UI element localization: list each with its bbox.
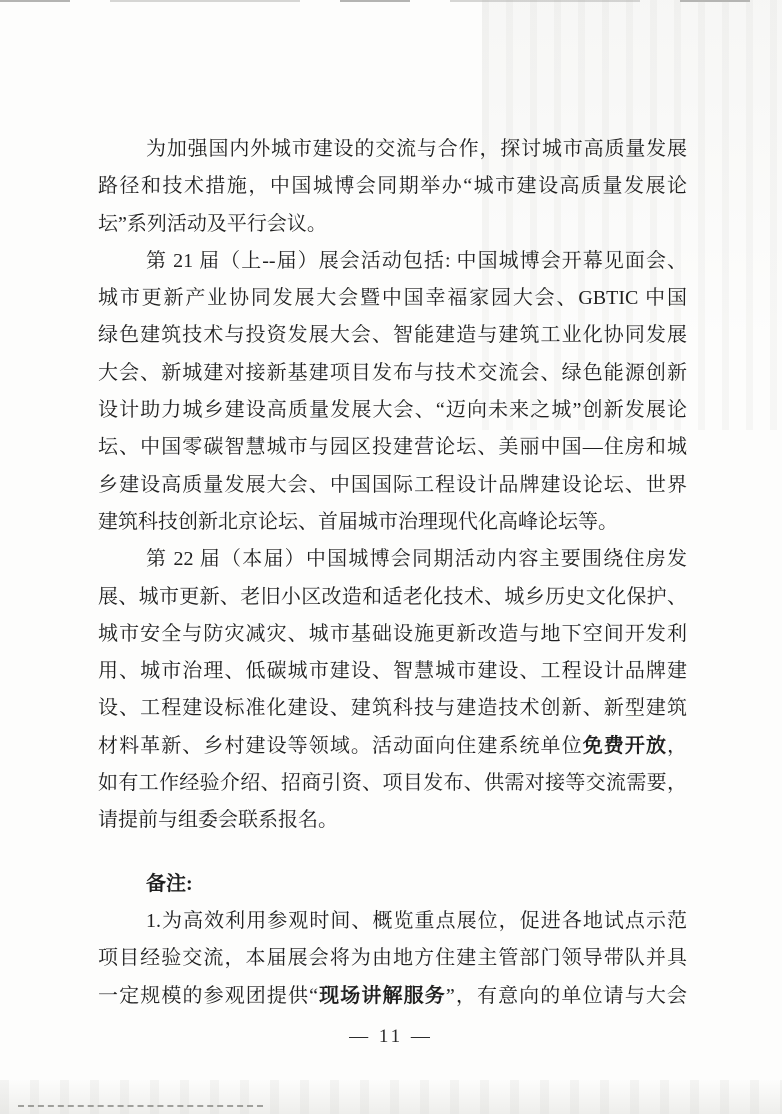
text-line: 第 22 届（本届）中国城博会同期活动内容主要围绕住房发 — [98, 541, 687, 578]
text-line: 一定规模的参观团提供“现场讲解服务”，有意向的单位请与大会 — [98, 978, 687, 1015]
text-line: 大会、新城建对接新基建项目发布与技术交流会、绿色能源创新 — [98, 355, 687, 392]
text-line: 坛”系列活动及平行会议。 — [98, 206, 687, 243]
text-line: 绿色建筑技术与投资发展大会、智能建造与建筑工业化协同发展 — [98, 317, 687, 354]
document-page: 为加强国内外城市建设的交流与合作，探讨城市高质量发展 路径和技术措施，中国城博会… — [0, 0, 782, 1114]
text-run: 一定规模的参观团提供“ — [98, 985, 318, 1007]
text-line: 设、工程建设标准化建设、建筑科技与建造技术创新、新型建筑 — [98, 690, 687, 727]
text-line: 第 21 届（上--届）展会活动包括: 中国城博会开幕见面会、 — [98, 243, 687, 280]
scan-artifact-bottom-mark — [18, 1105, 263, 1107]
text-line: 材料革新、乡村建设等领域。活动面向住建系统单位免费开放， — [98, 728, 687, 765]
scan-artifact-top-edge — [0, 0, 782, 2]
text-line: 建筑科技创新北京论坛、首届城市治理现代化高峰论坛等。 — [98, 504, 687, 541]
page-number: — 11 — — [0, 1026, 782, 1048]
text-line: 如有工作经验介绍、招商引资、项目发布、供需对接等交流需要， — [98, 765, 687, 802]
text-line: 项目经验交流，本届展会将为由地方住建主管部门领导带队并具 — [98, 940, 687, 977]
text-line: 城市安全与防灾减灾、城市基础设施更新改造与地下空间开发利 — [98, 616, 687, 653]
text-line: 乡建设高质量发展大会、中国国际工程设计品牌建设论坛、世界 — [98, 467, 687, 504]
text-line: 坛、中国零碳智慧城市与园区投建营论坛、美丽中国—住房和城 — [98, 429, 687, 466]
scan-artifact-bottom-band — [0, 1080, 782, 1114]
text-run: 材料革新、乡村建设等领域。活动面向住建系统单位 — [98, 735, 583, 757]
bold-text-run: 免费开放 — [583, 735, 667, 757]
text-line: 请提前与组委会联系报名。 — [98, 802, 687, 839]
text-line: 用、城市治理、低碳城市建设、智慧城市建设、工程设计品牌建 — [98, 653, 687, 690]
text-run: ， — [667, 735, 687, 757]
document-text-block: 为加强国内外城市建设的交流与合作，探讨城市高质量发展 路径和技术措施，中国城博会… — [98, 131, 687, 1015]
text-line: 展、城市更新、老旧小区改造和适老化技术、城乡历史文化保护、 — [98, 579, 687, 616]
notes-heading: 备注: — [98, 866, 687, 903]
text-line: 为加强国内外城市建设的交流与合作，探讨城市高质量发展 — [98, 131, 687, 168]
text-run: ”，有意向的单位请与大会 — [446, 985, 687, 1007]
bold-text-run: 现场讲解服务 — [318, 985, 446, 1007]
text-line: 城市更新产业协同发展大会暨中国幸福家园大会、GBTIC 中国 — [98, 280, 687, 317]
text-line: 设计助力城乡建设高质量发展大会、“迈向未来之城”创新发展论 — [98, 392, 687, 429]
text-line: 路径和技术措施，中国城博会同期举办“城市建设高质量发展论 — [98, 168, 687, 205]
text-line: 1.为高效利用参观时间、概览重点展位，促进各地试点示范 — [98, 903, 687, 940]
